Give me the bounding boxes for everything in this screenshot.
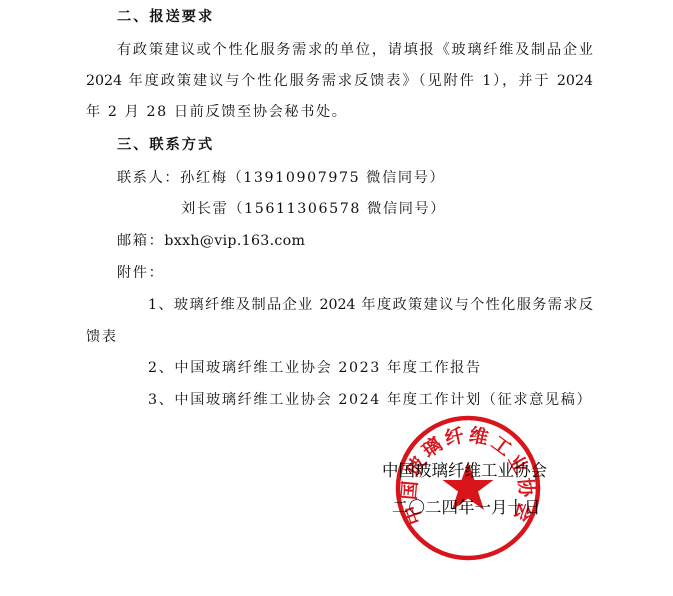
contact-1: 孙红梅（13910907975 微信同号）	[180, 170, 445, 186]
signature-date: 二〇二四年一月十日	[392, 494, 541, 518]
contact-2: 刘长雷（15611306578 微信同号）	[181, 200, 446, 218]
attachment-2: 2、中国玻璃纤维工业协会 2023 年度工作报告	[148, 359, 482, 377]
submission-paragraph-line-3: 年 2 月 28 日前反馈至协会秘书处。	[86, 103, 348, 121]
email-address: bxxh@vip.163.com	[164, 233, 305, 249]
contacts-label: 联系人：	[117, 170, 180, 186]
email-label: 邮箱：	[117, 233, 164, 249]
attachment-1-line-2: 馈表	[86, 328, 118, 346]
section-heading-contact: 三、联系方式	[117, 136, 214, 154]
submission-paragraph-line-1: 有政策建议或个性化服务需求的单位，请填报《玻璃纤维及制品企业	[117, 41, 593, 59]
email-row: 邮箱：bxxh@vip.163.com	[117, 232, 305, 250]
signature-organization: 中国玻璃纤维工业协会	[382, 457, 547, 481]
attachments-label: 附件：	[117, 264, 164, 282]
attachment-3: 3、中国玻璃纤维工业协会 2024 年度工作计划（征求意见稿）	[148, 391, 592, 409]
submission-paragraph-line-2: 2024 年度政策建议与个性化服务需求反馈表》（见附件 1），并于 2024	[86, 72, 593, 90]
section-heading-submission: 二、报送要求	[117, 8, 214, 26]
official-seal-icon: 中国玻璃纤维工业协会	[394, 414, 542, 562]
attachment-1-line-1: 1、玻璃纤维及制品企业 2024 年度政策建议与个性化服务需求反	[148, 296, 593, 314]
contact-row-1: 联系人：孙红梅（13910907975 微信同号）	[117, 169, 445, 187]
